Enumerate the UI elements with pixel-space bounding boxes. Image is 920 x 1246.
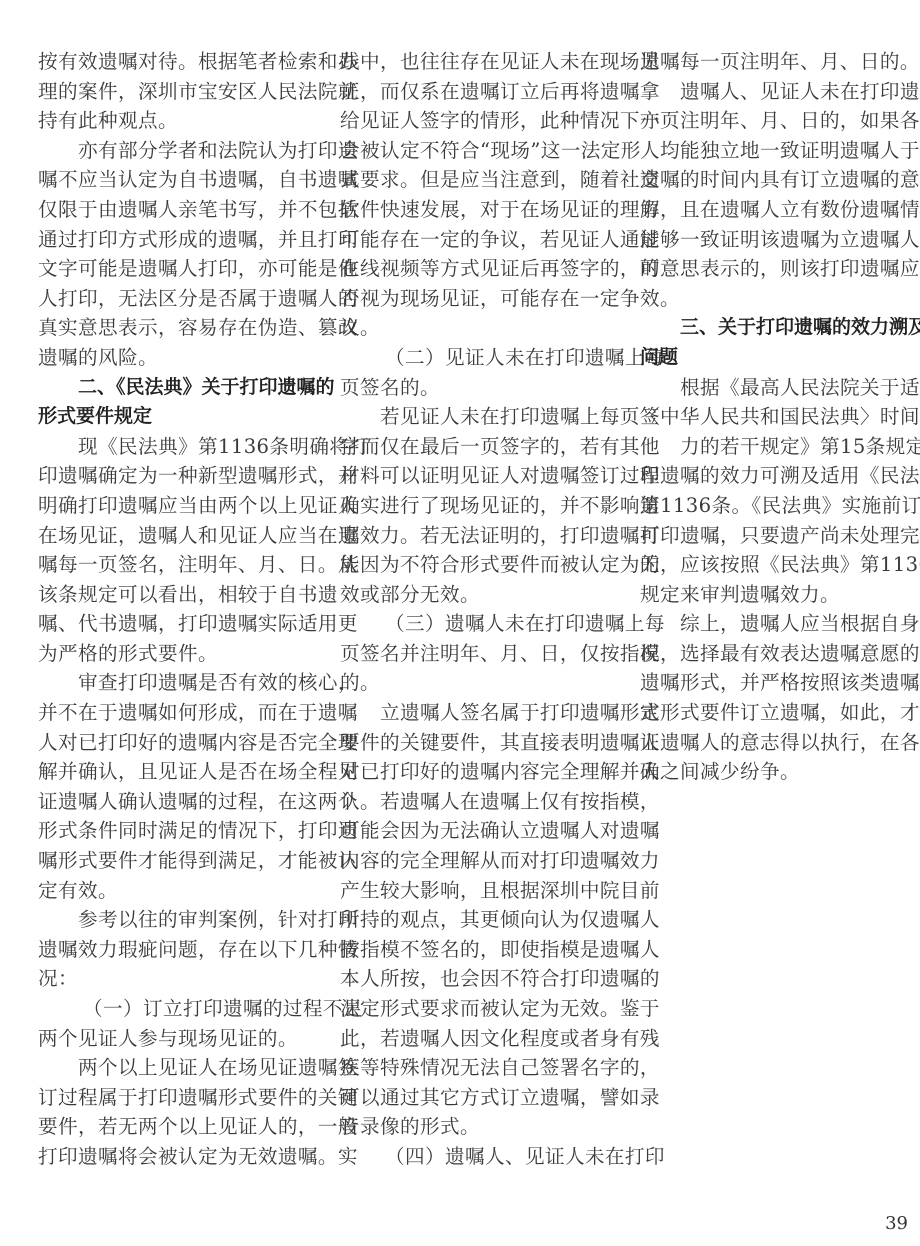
paragraph-line: 遗嘱人、见证人未在打印遗嘱每 [640, 77, 908, 107]
paragraph-line: 本人所按，也会因不符合打印遗嘱的 [340, 964, 608, 994]
paragraph-line: 人均能独立地一致证明遗嘱人于设立 [640, 136, 908, 166]
paragraph-line: 要件，若无两个以上见证人的，一般 [38, 1112, 306, 1142]
paragraph-line: 的，应该按照《民法典》第1136条的 [640, 550, 908, 580]
paragraph-line: 能够一致证明该遗嘱为立遗嘱人最终 [640, 225, 908, 255]
paragraph-line: 形式条件同时满足的情况下，打印遗 [38, 816, 306, 846]
paragraph-line: 〈中华人民共和国民法典〉时间效 [640, 402, 908, 432]
paragraph-line: 况，选择最有效表达遗嘱意愿的法定 [640, 639, 908, 669]
paragraph-line: 按指模不签名的，即使指模是遗嘱人 [340, 935, 608, 965]
paragraph-line: （二）见证人未在打印遗嘱上每 [340, 343, 608, 373]
paragraph-line: 力的若干规定》第15条规定，打 [640, 432, 908, 462]
paragraph-line: 材料可以证明见证人对遗嘱签订过程 [340, 461, 608, 491]
paragraph-line: 效。 [640, 284, 908, 314]
paragraph-line: 的意思表示的，则该打印遗嘱应为有 [640, 254, 908, 284]
paragraph-line: 遗嘱效力瑕疵问题，存在以下几种情 [38, 935, 306, 965]
paragraph-line: 现《民法典》第1136条明确将打 [38, 432, 306, 462]
paragraph-line: 在场见证，遗嘱人和见证人应当在遗 [38, 521, 306, 551]
paragraph-line: 解并确认，且见证人是否在场全程见 [38, 757, 306, 787]
paragraph-line: 审查打印遗嘱是否有效的核心， [38, 668, 306, 698]
paragraph-line: 可能会因为无法确认立遗嘱人对遗嘱 [340, 816, 608, 846]
paragraph-line: 嘱、代书遗嘱，打印遗嘱实际适用更 [38, 609, 306, 639]
paragraph-line: 软件快速发展，对于在场见证的理解 [340, 195, 608, 225]
text-column-3: 遗嘱每一页注明年、月、日的。遗嘱人、见证人未在打印遗嘱每一页注明年、月、日的，如… [640, 47, 908, 787]
paragraph-line: 法定形式要求而被认定为无效。鉴于 [340, 994, 608, 1024]
paragraph-line: 根据《最高人民法院关于适用 [640, 373, 908, 403]
paragraph-line: 人打印，无法区分是否属于遗嘱人的 [38, 284, 306, 314]
paragraph-line: 印遗嘱确定为一种新型遗嘱形式，并 [38, 461, 306, 491]
paragraph-line: 并不在于遗嘱如何形成，而在于遗嘱 [38, 698, 306, 728]
paragraph-line: 否视为现场见证，可能存在一定争 [340, 284, 608, 314]
paragraph-line: 该条规定可以看出，相较于自书遗 [38, 580, 306, 610]
paragraph-line: 证遗嘱人确认遗嘱的过程，在这两个 [38, 787, 306, 817]
paragraph-line: 议。 [340, 313, 608, 343]
paragraph-line: 要件的关键要件，其直接表明遗嘱人 [340, 728, 608, 758]
paragraph-line: 规定来审判遗嘱效力。 [640, 580, 908, 610]
paragraph-line: 践中，也往往存在见证人未在现场见 [340, 47, 608, 77]
paragraph-line: 字而仅在最后一页签字的，若有其他 [340, 432, 608, 462]
section-heading-line: 二、《民法典》关于打印遗嘱的 [38, 373, 306, 403]
paragraph-line: 打印遗嘱，只要遗产尚未处理完毕 [640, 521, 908, 551]
text-column-1: 按有效遗嘱对待。根据笔者检索和办理的案件，深圳市宝安区人民法院就持有此种观点。亦… [38, 47, 306, 1172]
paragraph-line: 况： [38, 964, 306, 994]
paragraph-line: 所持的观点，其更倾向认为仅遗嘱人 [340, 905, 608, 935]
paragraph-line: 能因为不符合形式要件而被认定为无 [340, 550, 608, 580]
paragraph-line: （三）遗嘱人未在打印遗嘱上每 [340, 609, 608, 639]
paragraph-line: 印遗嘱的效力可溯及适用《民法典》 [640, 461, 908, 491]
section-heading-line: 形式要件规定 [38, 402, 306, 432]
paragraph-line: 两个见证人参与现场见证的。 [38, 1024, 306, 1054]
paragraph-line: 订过程属于打印遗嘱形式要件的关键 [38, 1083, 306, 1113]
paragraph-line: 打印遗嘱将会被认定为无效遗嘱。实 [38, 1142, 306, 1172]
paragraph-line: 可以通过其它方式订立遗嘱，譬如录 [340, 1083, 608, 1113]
paragraph-line: 理的案件，深圳市宝安区人民法院就 [38, 77, 306, 107]
paragraph-line: 可能存在一定的争议，若见证人通过 [340, 225, 608, 255]
paragraph-line: 内容的完全理解从而对打印遗嘱效力 [340, 846, 608, 876]
paragraph-line: 通过打印方式形成的遗嘱，并且打印 [38, 225, 306, 255]
document-page: 按有效遗嘱对待。根据笔者检索和办理的案件，深圳市宝安区人民法院就持有此种观点。亦… [0, 0, 920, 1246]
paragraph-line: （一）订立打印遗嘱的过程不足 [38, 994, 306, 1024]
paragraph-line: 遗嘱每一页注明年、月、日的。 [640, 47, 908, 77]
paragraph-line: 嘱效力。若无法证明的，打印遗嘱可 [340, 521, 608, 551]
paragraph-line: 嘱不应当认定为自书遗嘱，自书遗嘱 [38, 165, 306, 195]
paragraph-line: 页签名并注明年、月、日，仅按指模 [340, 639, 608, 669]
paragraph-line: 两个以上见证人在场见证遗嘱签 [38, 1053, 306, 1083]
paragraph-line: 仅限于由遗嘱人亲笔书写，并不包括 [38, 195, 306, 225]
paragraph-line: 证遗嘱人的意志得以执行，在各继承 [640, 728, 908, 758]
paragraph-line: 音录像的形式。 [340, 1112, 608, 1142]
paragraph-line: （四）遗嘱人、见证人未在打印 [340, 1142, 608, 1172]
paragraph-line: 定有效。 [38, 876, 306, 906]
paragraph-line: 定形式要件订立遗嘱，如此，才能保 [640, 698, 908, 728]
paragraph-line: 会被认定不符合“现场”这一法定形 [340, 136, 608, 166]
paragraph-line: 一页注明年、月、日的，如果各见证 [640, 106, 908, 136]
paragraph-line: 遗嘱形式，并严格按照该类遗嘱的法 [640, 668, 908, 698]
paragraph-line: 认。若遗嘱人在遗嘱上仅有按指模， [340, 787, 608, 817]
text-column-2: 践中，也往往存在见证人未在现场见证，而仅系在遗嘱订立后再将遗嘱拿给见证人签字的情… [340, 47, 608, 1172]
paragraph-line: 嘱每一页签名，注明年、月、日。从 [38, 550, 306, 580]
paragraph-line: 持有此种观点。 [38, 106, 306, 136]
paragraph-line: 此，若遗嘱人因文化程度或者身有残 [340, 1024, 608, 1054]
paragraph-line: 综上，遗嘱人应当根据自身情 [640, 609, 908, 639]
paragraph-line: 亦有部分学者和法院认为打印遗 [38, 136, 306, 166]
paragraph-line: 文字可能是遗嘱人打印，亦可能是他 [38, 254, 306, 284]
paragraph-line: 明确打印遗嘱应当由两个以上见证人 [38, 491, 306, 521]
paragraph-line: 确实进行了现场见证的，并不影响遗 [340, 491, 608, 521]
paragraph-line: 若见证人未在打印遗嘱上每页签 [340, 402, 608, 432]
paragraph-line: 遗嘱的风险。 [38, 343, 306, 373]
paragraph-line: 的。 [340, 668, 608, 698]
paragraph-line: 参考以往的审判案例，针对打印 [38, 905, 306, 935]
paragraph-line: 按有效遗嘱对待。根据笔者检索和办 [38, 47, 306, 77]
paragraph-line: 为严格的形式要件。 [38, 639, 306, 669]
paragraph-line: 嘱形式要件才能得到满足，才能被认 [38, 846, 306, 876]
paragraph-line: 产生较大影响，且根据深圳中院目前 [340, 876, 608, 906]
paragraph-line: 效或部分无效。 [340, 580, 608, 610]
section-heading-line: 问题 [640, 343, 908, 373]
section-heading-line: 三、关于打印遗嘱的效力溯及力 [640, 313, 908, 343]
paragraph-line: 给见证人签字的情形，此种情况下亦 [340, 106, 608, 136]
paragraph-line: 页签名的。 [340, 373, 608, 403]
paragraph-line: 证，而仅系在遗嘱订立后再将遗嘱拿 [340, 77, 608, 107]
paragraph-line: 对已打印好的遗嘱内容完全理解并确 [340, 757, 608, 787]
paragraph-line: 第1136条。《民法典》实施前订立的 [640, 491, 908, 521]
page-number: 39 [885, 1213, 908, 1234]
paragraph-line: 立遗嘱人签名属于打印遗嘱形式 [340, 698, 608, 728]
paragraph-line: 真实意思表示，容易存在伪造、篡改 [38, 313, 306, 343]
paragraph-line: 力，且在遗嘱人立有数份遗嘱情形下 [640, 195, 908, 225]
paragraph-line: 式要求。但是应当注意到，随着社交 [340, 165, 608, 195]
paragraph-line: 疾等特殊情况无法自己签署名字的， [340, 1053, 608, 1083]
paragraph-line: 在线视频等方式见证后再签字的，可 [340, 254, 608, 284]
paragraph-line: 人对已打印好的遗嘱内容是否完全理 [38, 728, 306, 758]
paragraph-line: 人之间减少纷争。 [640, 757, 908, 787]
paragraph-line: 遗嘱的时间内具有订立遗嘱的意识能 [640, 165, 908, 195]
